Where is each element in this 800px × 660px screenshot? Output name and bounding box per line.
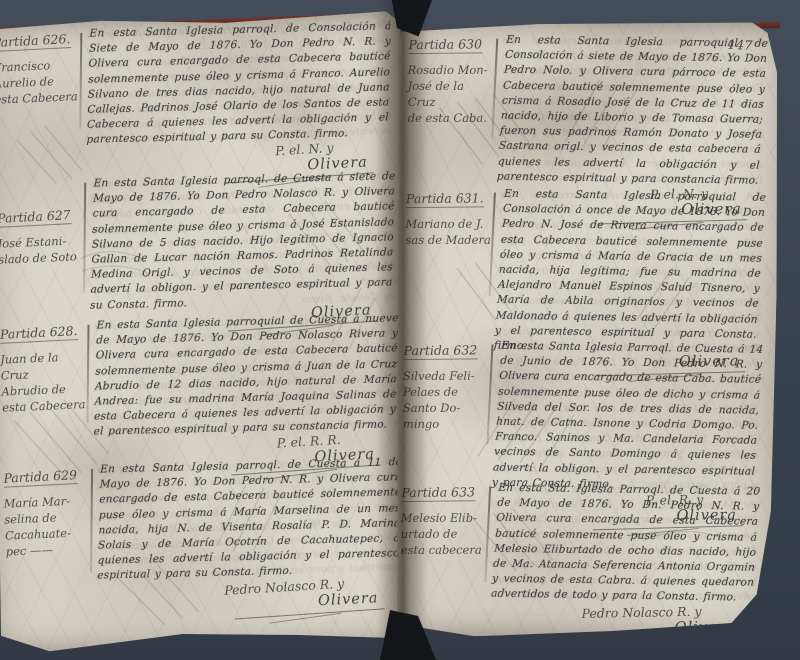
record-number: Partida 628. (0, 323, 78, 344)
record-text: En esta Santa Iglesia parroql. de Cuesta… (97, 455, 402, 584)
record-person-name: Francisco Aurelio de esta Cabecera (0, 56, 83, 108)
signature-flourish (591, 637, 741, 650)
register-page-right: 147 Partida 630 Rosadio Mon- José de la … (391, 17, 781, 641)
baptism-record-627: Partida 627 José Estani- slado de Soto E… (0, 169, 407, 317)
record-number: Partida 626. (0, 31, 71, 52)
record-person-name: María Mar- selina de Cacahuate- pec —— (3, 492, 94, 560)
baptism-record-630: Partida 630 Rosadio Mon- José de la Cruz… (398, 31, 780, 187)
record-number: Partida 629 (3, 467, 77, 488)
record-text: En esta Santa Iglesia Parroql. de Cuesta… (491, 339, 763, 495)
record-person-name: Silveda Feli- Pelaes de Santo Do- mingo (403, 368, 489, 432)
margin-brace (90, 469, 93, 573)
baptism-record-628: Partida 628. Juan de la Cruz Abrudio de … (0, 311, 411, 461)
baptism-record-631: Partida 631. Mariano de J. sas de Madera… (396, 185, 778, 339)
record-person-name: Melesio Elib- urtado de esta cabecera (401, 510, 487, 558)
register-page-left: Partida 626. Francisco Aurelio de esta C… (0, 11, 416, 655)
baptism-record-632: Partida 632 Silveda Feli- Pelaes de Sant… (394, 337, 776, 483)
baptism-record-629: Partida 629 María Mar- selina de Cacahua… (0, 455, 416, 651)
record-text: En esta Santa Iglesia parroquial de Cons… (493, 187, 766, 358)
record-number: Partida 633 (401, 484, 475, 502)
record-number: Partida 631. (406, 190, 484, 208)
record-text: En esta Santa Iglesia parroquial de Cons… (496, 33, 768, 189)
photographed-register-spread: Partida 626. Francisco Aurelio de esta C… (0, 0, 800, 660)
record-number: Partida 632 (404, 342, 478, 360)
record-text: En esta Sta. Iglesia Parroql. de Cuesta … (491, 481, 761, 607)
signature: Olivera (391, 619, 771, 639)
record-person-name: Rosadio Mon- José de la Cruz de esta Cab… (408, 62, 494, 126)
record-person-name: Juan de la Cruz Abrudio de esta Cabecera (0, 348, 90, 416)
record-number: Partida 630 (408, 36, 482, 54)
record-number: Partida 627 (0, 207, 71, 228)
record-person-name: José Estani- slado de Soto (0, 232, 87, 268)
baptism-record-633: Partida 633 Melesio Elib- urtado de esta… (391, 479, 773, 635)
record-text: En esta Santa Iglesia parroql. de Consol… (86, 19, 391, 148)
baptism-record-626: Partida 626. Francisco Aurelio de esta C… (0, 19, 404, 177)
margin-brace (83, 183, 86, 293)
record-text: En esta Santa Iglesia parroquial de Cues… (93, 311, 398, 440)
record-text: En esta Santa Iglesia parroql. de Cuesta… (90, 169, 396, 313)
record-person-name: Mariano de J. sas de Madera (405, 216, 491, 248)
